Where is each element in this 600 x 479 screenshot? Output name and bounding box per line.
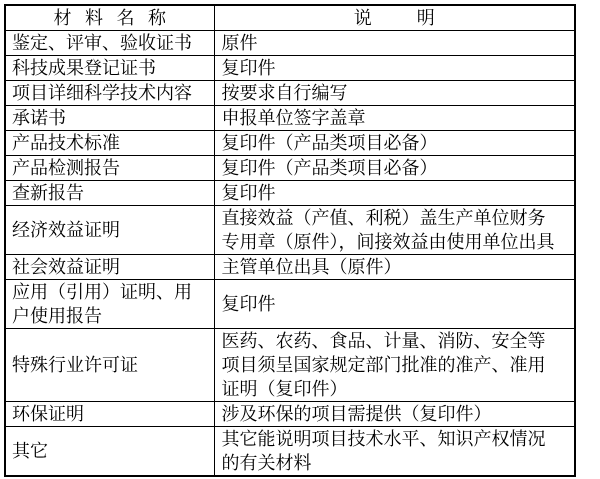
table-row: 产品技术标准 复印件（产品类项目必备） — [5, 131, 575, 156]
material-cell: 经济效益证明 — [5, 206, 214, 255]
description-cell: 医药、农药、食品、计量、消防、安全等 项目须呈国家规定部门批准的准产、准用 证明… — [214, 329, 575, 402]
description-cell: 复印件（产品类项目必备） — [214, 131, 575, 156]
table-row: 项目详细科学技术内容 按要求自行编写 — [5, 81, 575, 106]
description-cell: 按要求自行编写 — [214, 81, 575, 106]
table-row: 环保证明 涉及环保的项目需提供（复印件） — [5, 402, 575, 427]
description-cell: 直接效益（产值、利税）盖生产单位财务 专用章（原件），间接效益由使用单位出具 — [214, 206, 575, 255]
table-row: 鉴定、评审、验收证书 原件 — [5, 31, 575, 56]
material-cell: 查新报告 — [5, 181, 214, 206]
description-cell: 原件 — [214, 31, 575, 56]
description-cell: 其它能说明项目技术水平、知识产权情况 的有关材料 — [214, 427, 575, 477]
material-cell: 其它 — [5, 427, 214, 477]
table-row: 科技成果登记证书 复印件 — [5, 56, 575, 81]
material-cell: 特殊行业许可证 — [5, 329, 214, 402]
header-row: 材料名称 说明 — [5, 5, 575, 31]
material-cell: 承诺书 — [5, 106, 214, 131]
description-cell: 涉及环保的项目需提供（复印件） — [214, 402, 575, 427]
material-cell: 项目详细科学技术内容 — [5, 81, 214, 106]
table-row: 查新报告 复印件 — [5, 181, 575, 206]
material-name-header-label: 材料名称 — [54, 8, 180, 28]
description-cell: 复印件 — [214, 181, 575, 206]
material-cell: 应用（引用）证明、用 户使用报告 — [5, 280, 214, 329]
material-cell: 社会效益证明 — [5, 255, 214, 280]
description-cell: 复印件（产品类项目必备） — [214, 156, 575, 181]
table-row: 应用（引用）证明、用 户使用报告 复印件 — [5, 280, 575, 329]
table-row: 经济效益证明 直接效益（产值、利税）盖生产单位财务 专用章（原件），间接效益由使… — [5, 206, 575, 255]
description-header: 说明 — [214, 5, 575, 31]
table-row: 特殊行业许可证 医药、农药、食品、计量、消防、安全等 项目须呈国家规定部门批准的… — [5, 329, 575, 402]
table-row: 其它 其它能说明项目技术水平、知识产权情况 的有关材料 — [5, 427, 575, 477]
table-row: 社会效益证明 主管单位出具（原件） — [5, 255, 575, 280]
material-cell: 产品技术标准 — [5, 131, 214, 156]
table-row: 产品检测报告 复印件（产品类项目必备） — [5, 156, 575, 181]
table-row: 承诺书 申报单位签字盖章 — [5, 106, 575, 131]
material-cell: 环保证明 — [5, 402, 214, 427]
description-header-label: 说明 — [354, 8, 480, 28]
material-name-header: 材料名称 — [5, 5, 214, 31]
description-cell: 主管单位出具（原件） — [214, 255, 575, 280]
description-cell: 复印件 — [214, 280, 575, 329]
material-cell: 鉴定、评审、验收证书 — [5, 31, 214, 56]
material-cell: 产品检测报告 — [5, 156, 214, 181]
description-cell: 复印件 — [214, 56, 575, 81]
material-cell: 科技成果登记证书 — [5, 56, 214, 81]
materials-table: 材料名称 说明 鉴定、评审、验收证书 原件 科技成果登记证书 复印件 项目详细科… — [4, 4, 576, 477]
description-cell: 申报单位签字盖章 — [214, 106, 575, 131]
